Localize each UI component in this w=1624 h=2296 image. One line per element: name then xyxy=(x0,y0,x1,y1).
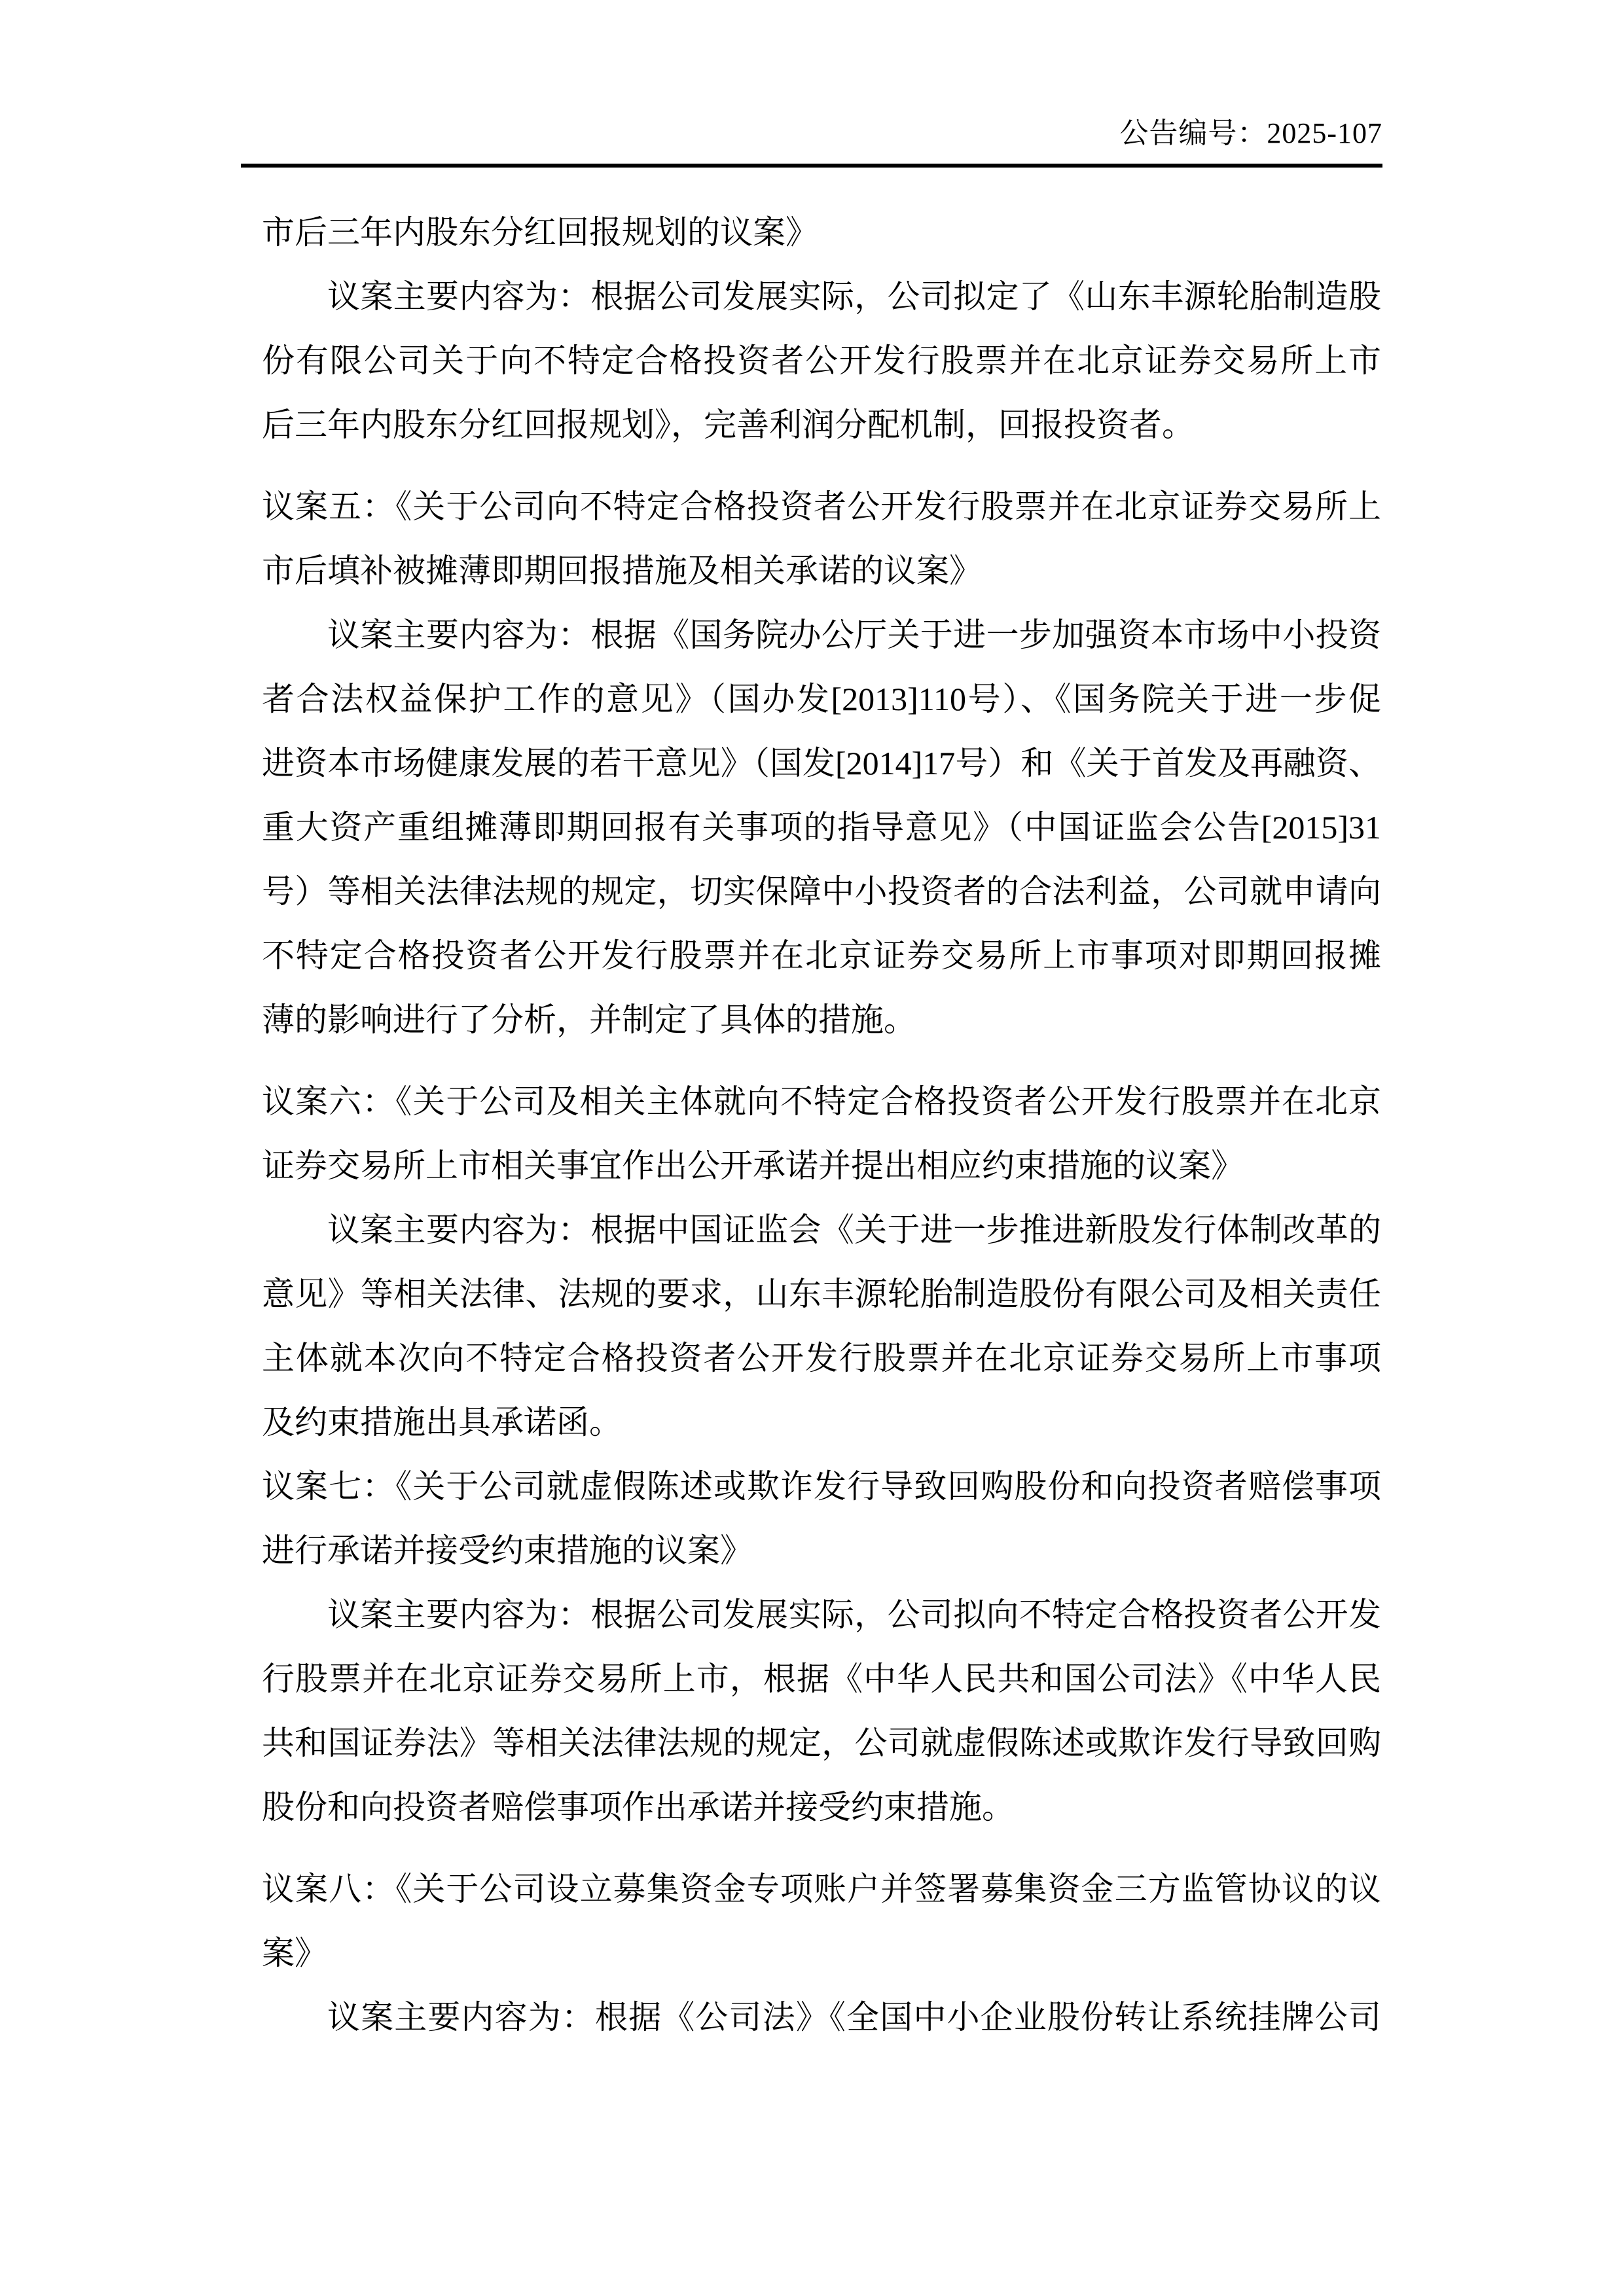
body-line: 市后三年内股东分红回报规划的议案》 xyxy=(262,200,1381,264)
body-line: 共和国证券法》等相关法律法规的规定，公司就虚假陈述或欺诈发行导致回购 xyxy=(262,1711,1381,1775)
body-line: 议案主要内容为：根据公司发展实际，公司拟定了《山东丰源轮胎制造股 xyxy=(262,264,1381,329)
body-line: 证券交易所上市相关事宜作出公开承诺并提出相应约束措施的议案》 xyxy=(262,1134,1381,1198)
body-line: 行股票并在北京证券交易所上市，根据《中华人民共和国公司法》《中华人民 xyxy=(262,1647,1381,1711)
body-line: 不特定合格投资者公开发行股票并在北京证券交易所上市事项对即期回报摊 xyxy=(262,924,1381,988)
body-line: 议案主要内容为：根据《国务院办公厅关于进一步加强资本市场中小投资 xyxy=(262,603,1381,667)
body-line: 重大资产重组摊薄即期回报有关事项的指导意见》（中国证监会公告[2015]31 xyxy=(262,795,1381,859)
body-line: 议案主要内容为：根据《公司法》《全国中小企业股份转让系统挂牌公司 xyxy=(262,1985,1381,2049)
body-line: 议案八：《关于公司设立募集资金专项账户并签署募集资金三方监管协议的议 xyxy=(262,1857,1381,1921)
announcement-number: 公告编号：2025-107 xyxy=(1119,117,1382,151)
body-line: 号）等相关法律法规的规定，切实保障中小投资者的合法利益，公司就申请向 xyxy=(262,859,1381,924)
body-line: 薄的影响进行了分析，并制定了具体的措施。 xyxy=(262,988,1381,1052)
body-line: 案》 xyxy=(262,1921,1381,1985)
body-line: 份有限公司关于向不特定合格投资者公开发行股票并在北京证券交易所上市 xyxy=(262,329,1381,393)
body-line: 后三年内股东分红回报规划》，完善利润分配机制，回报投资者。 xyxy=(262,393,1381,457)
body-line: 主体就本次向不特定合格投资者公开发行股票并在北京证券交易所上市事项 xyxy=(262,1326,1381,1390)
body-line: 进资本市场健康发展的若干意见》（国发[2014]17号）和《关于首发及再融资、 xyxy=(262,731,1381,795)
body-line: 股份和向投资者赔偿事项作出承诺并接受约束措施。 xyxy=(262,1775,1381,1839)
document-body: 市后三年内股东分红回报规划的议案》 议案主要内容为：根据公司发展实际，公司拟定了… xyxy=(262,200,1381,2049)
body-line: 及约束措施出具承诺函。 xyxy=(262,1390,1381,1454)
header-rule xyxy=(241,164,1382,168)
body-line: 者合法权益保护工作的意见》（国办发[2013]110号）、《国务院关于进一步促 xyxy=(262,667,1381,731)
body-line: 议案主要内容为：根据中国证监会《关于进一步推进新股发行体制改革的 xyxy=(262,1198,1381,1262)
body-line: 意见》等相关法律、法规的要求，山东丰源轮胎制造股份有限公司及相关责任 xyxy=(262,1262,1381,1326)
body-line: 议案主要内容为：根据公司发展实际，公司拟向不特定合格投资者公开发 xyxy=(262,1583,1381,1647)
body-line: 议案六：《关于公司及相关主体就向不特定合格投资者公开发行股票并在北京 xyxy=(262,1069,1381,1134)
announcement-page: 公告编号：2025-107 市后三年内股东分红回报规划的议案》 议案主要内容为：… xyxy=(0,0,1624,2296)
body-line: 议案五：《关于公司向不特定合格投资者公开发行股票并在北京证券交易所上 xyxy=(262,475,1381,539)
body-line: 市后填补被摊薄即期回报措施及相关承诺的议案》 xyxy=(262,539,1381,603)
body-line: 议案七：《关于公司就虚假陈述或欺诈发行导致回购股份和向投资者赔偿事项 xyxy=(262,1454,1381,1518)
body-line: 进行承诺并接受约束措施的议案》 xyxy=(262,1518,1381,1583)
